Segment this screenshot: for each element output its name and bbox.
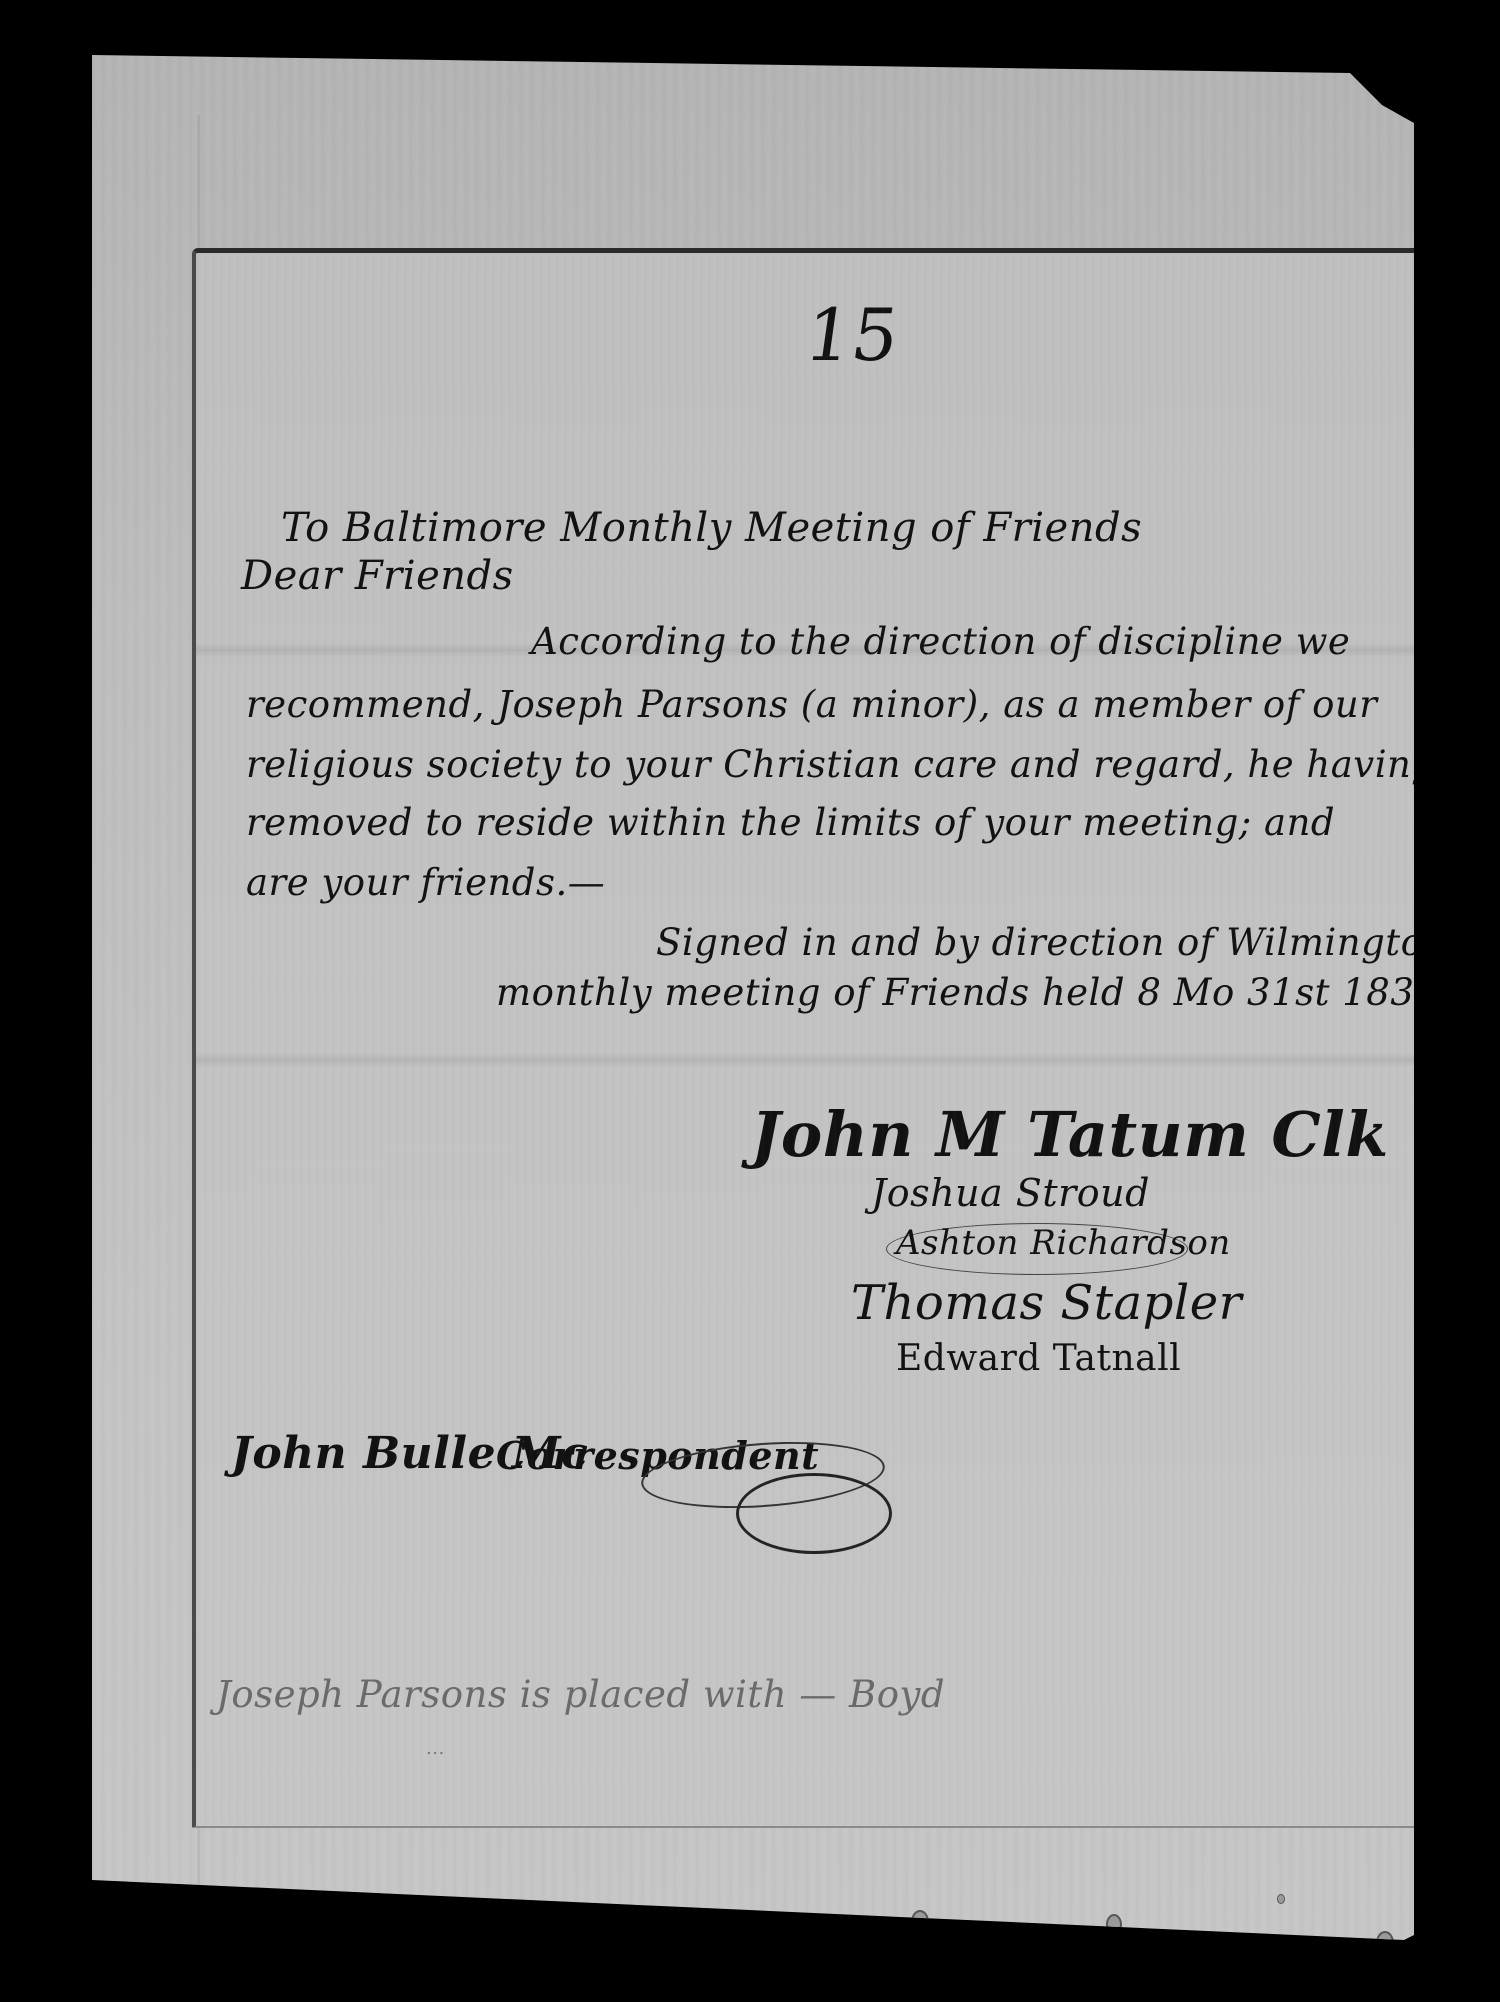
signature: Thomas Stapler — [851, 1275, 1242, 1331]
closing-line: monthly meeting of Friends held 8 Mo 31s… — [496, 971, 1488, 1014]
outer-paper-sheet: 15 To Baltimore Monthly Meeting of Frien… — [92, 55, 1414, 1940]
body-line: removed to reside within the limits of y… — [246, 801, 1335, 844]
letter-page: 15 To Baltimore Monthly Meeting of Frien… — [192, 248, 1467, 1828]
pencil-annotation: Joseph Parsons is placed with — Boyd — [216, 1673, 945, 1716]
fold-line — [196, 1053, 1464, 1067]
body-line: According to the direction of discipline… — [531, 620, 1350, 663]
ink-spot — [1106, 1914, 1122, 1935]
body-line: are your friends.— — [246, 861, 605, 904]
closing-line: Signed in and by direction of Wilmington — [656, 921, 1448, 964]
ink-spot — [1376, 1931, 1394, 1955]
pencil-mark: ... — [426, 1738, 445, 1759]
body-line: recommend, Joseph Parsons (a minor), as … — [246, 683, 1377, 726]
correspondent-flourish — [736, 1473, 892, 1554]
page-number: 15 — [800, 293, 904, 377]
greeting-line: Dear Friends — [241, 553, 514, 599]
ink-spot — [1277, 1894, 1285, 1904]
signature-clerk: John M Tatum Clk — [751, 1098, 1389, 1171]
signature: Joshua Stroud — [871, 1171, 1150, 1215]
ink-spot — [911, 1910, 929, 1934]
signature: Ashton Richardson — [896, 1223, 1231, 1263]
signature: Edward Tatnall — [896, 1338, 1181, 1379]
body-line: religious society to your Christian care… — [246, 743, 1436, 786]
addressee-line: To Baltimore Monthly Meeting of Friends — [281, 505, 1142, 551]
